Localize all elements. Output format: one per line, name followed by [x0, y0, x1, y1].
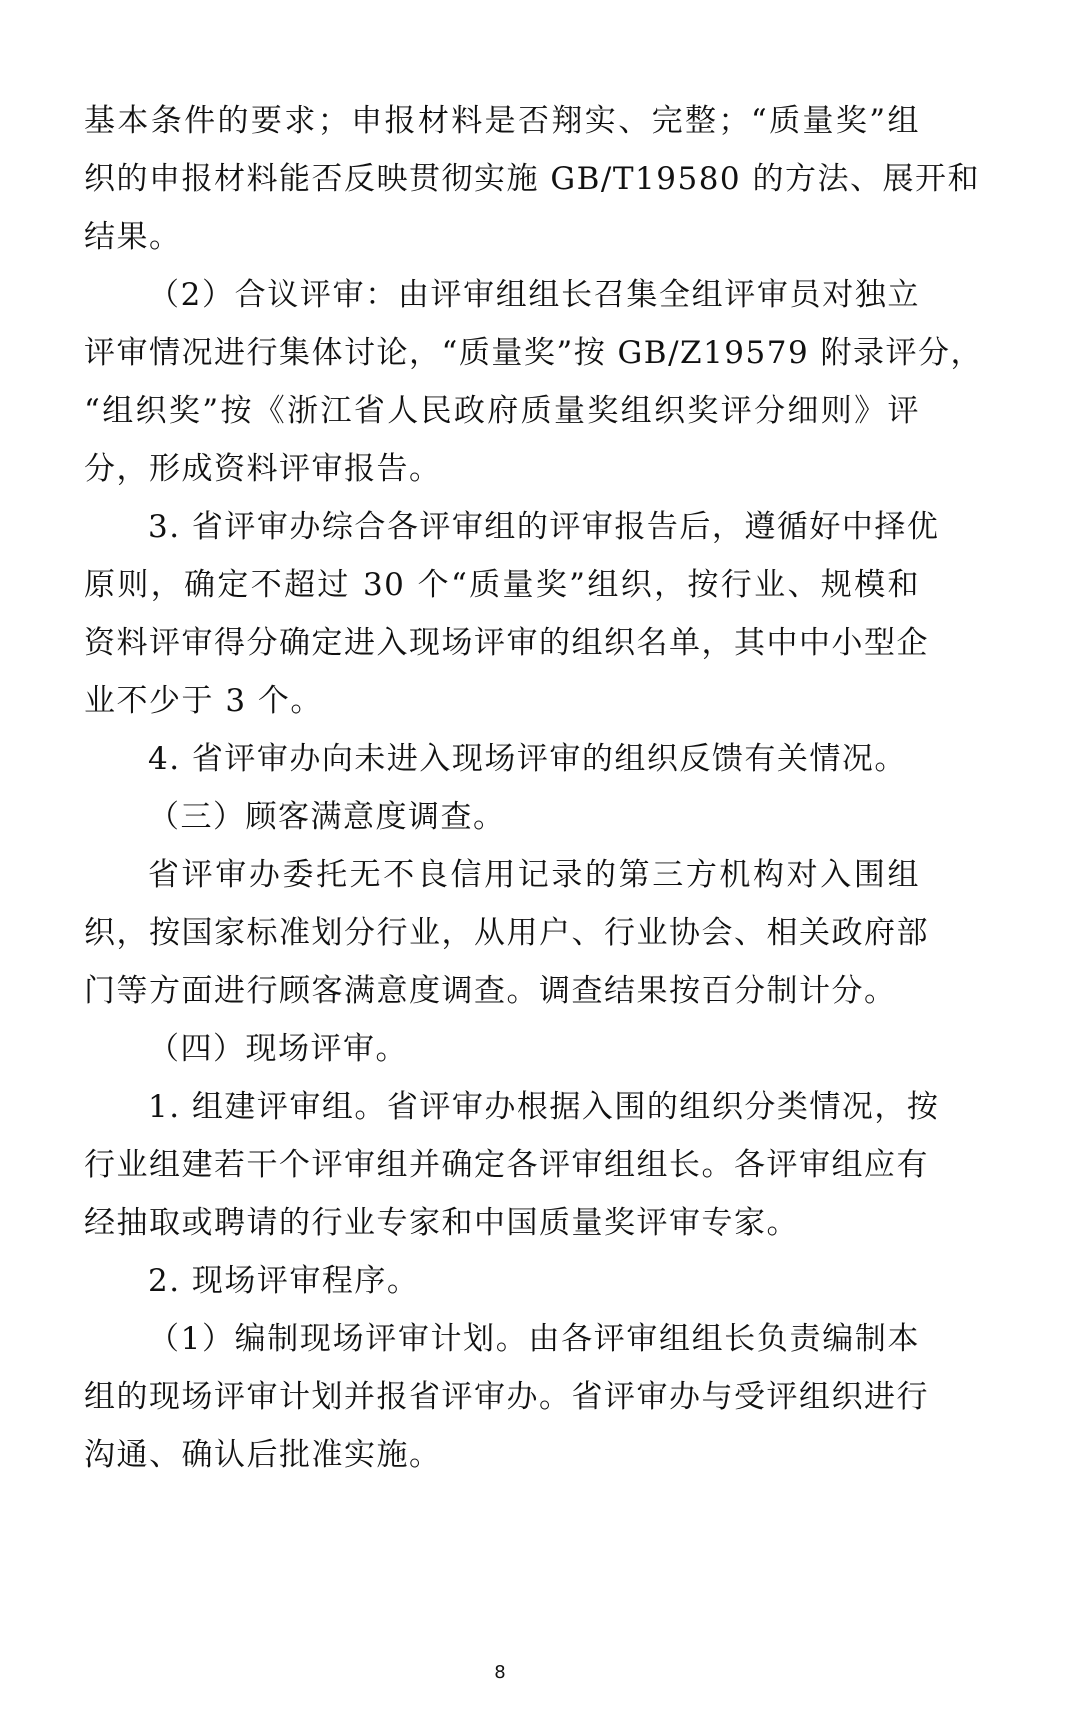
section-heading-onsite-review: （四）现场评审。 — [84, 1020, 920, 1078]
text-line: 业不少于 3 个。 — [84, 672, 920, 730]
text-line: 沟通、确认后批准实施。 — [84, 1426, 920, 1484]
text-line: 经抽取或聘请的行业专家和中国质量奖评审专家。 — [84, 1194, 920, 1252]
page-number: 8 — [0, 1662, 1000, 1683]
text-line: 织的申报材料能否反映贯彻实施 GB/T19580 的方法、展开和 — [84, 150, 920, 208]
paragraph-item-1: 1. 组建评审组。省评审办根据入围的组织分类情况，按 — [84, 1078, 920, 1136]
paragraph-heading-joint-review: （2）合议评审：由评审组组长召集全组评审员对独立 — [84, 266, 920, 324]
section-heading-customer-satisfaction: （三）顾客满意度调查。 — [84, 788, 920, 846]
paragraph-item-3: 3. 省评审办综合各评审组的评审报告后，遵循好中择优 — [84, 498, 920, 556]
text-line: 分，形成资料评审报告。 — [84, 440, 920, 498]
text-line: “组织奖”按《浙江省人民政府质量奖组织奖评分细则》评 — [84, 382, 920, 440]
text-line: 基本条件的要求；申报材料是否翔实、完整；“质量奖”组 — [84, 92, 920, 150]
paragraph-item-4: 4. 省评审办向未进入现场评审的组织反馈有关情况。 — [84, 730, 920, 788]
text-line: 结果。 — [84, 208, 920, 266]
text-line: 门等方面进行顾客满意度调查。调查结果按百分制计分。 — [84, 962, 920, 1020]
text-line: 原则，确定不超过 30 个“质量奖”组织，按行业、规模和 — [84, 556, 920, 614]
text-line: 行业组建若干个评审组并确定各评审组组长。各评审组应有 — [84, 1136, 920, 1194]
text-line: 资料评审得分确定进入现场评审的组织名单，其中中小型企 — [84, 614, 920, 672]
text-line: 评审情况进行集体讨论，“质量奖”按 GB/Z19579 附录评分， — [84, 324, 920, 382]
text-line: 织，按国家标准划分行业，从用户、行业协会、相关政府部 — [84, 904, 920, 962]
paragraph-item-2: 2. 现场评审程序。 — [84, 1252, 920, 1310]
paragraph-customer-survey: 省评审办委托无不良信用记录的第三方机构对入围组 — [84, 846, 920, 904]
paragraph-subitem-1: （1）编制现场评审计划。由各评审组组长负责编制本 — [84, 1310, 920, 1368]
document-body: 基本条件的要求；申报材料是否翔实、完整；“质量奖”组 织的申报材料能否反映贯彻实… — [84, 92, 920, 1484]
text-line: 组的现场评审计划并报省评审办。省评审办与受评组织进行 — [84, 1368, 920, 1426]
